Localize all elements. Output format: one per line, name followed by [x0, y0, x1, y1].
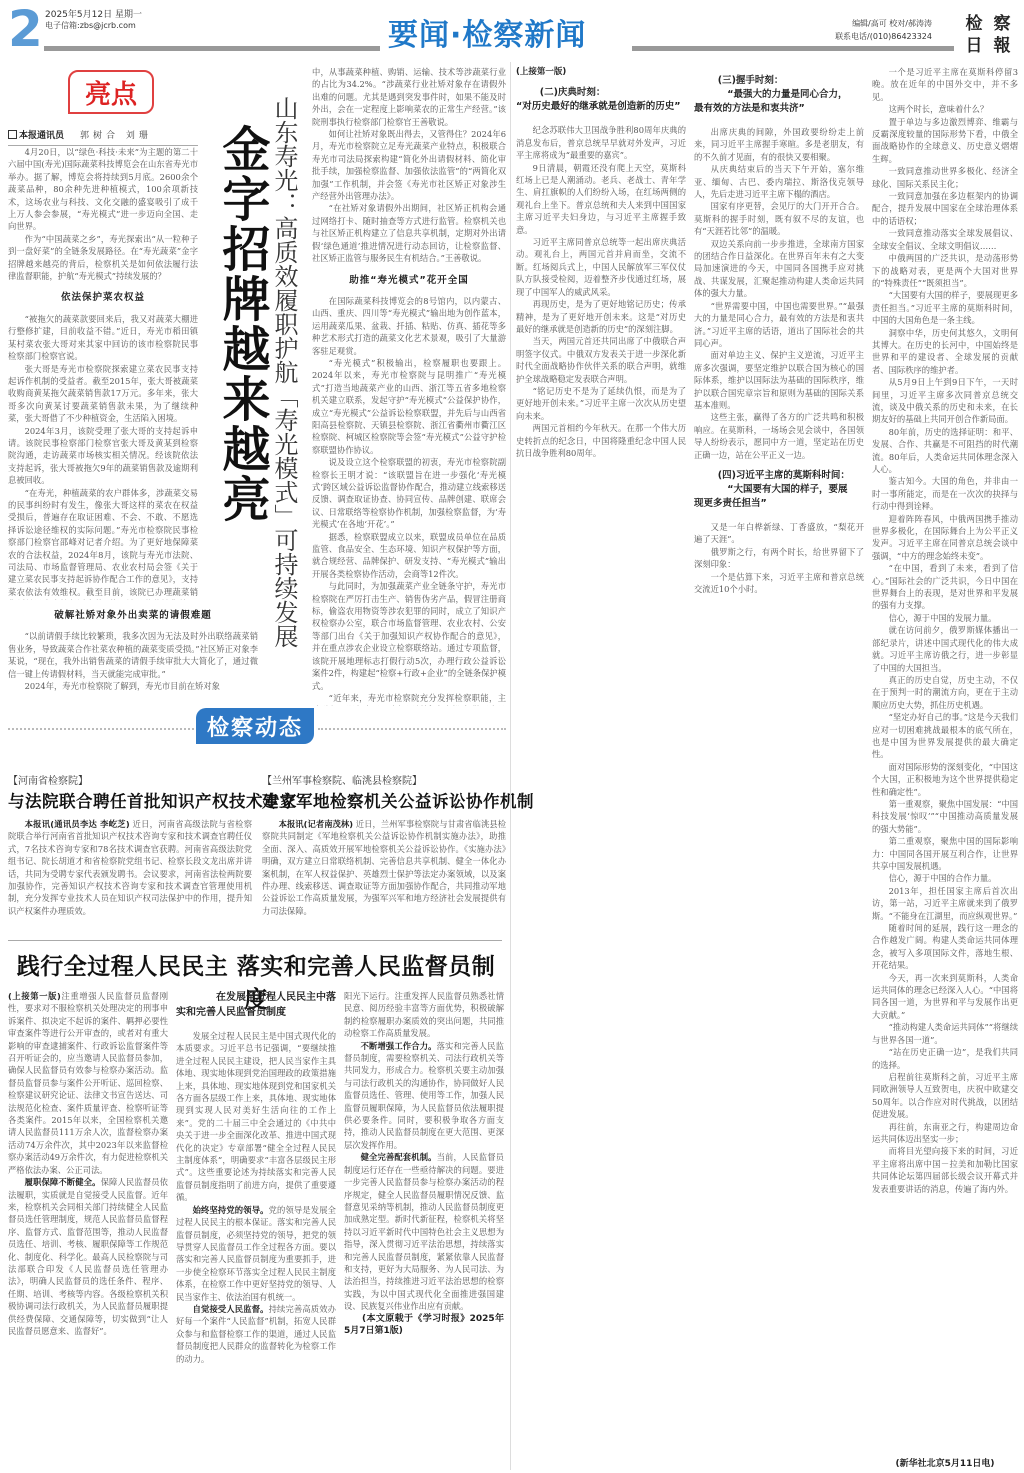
contact-email[interactable]: 电子信箱:zbs@jcrb.com — [45, 20, 136, 31]
paragraph: 80年前，历史的选择证明：和平、发展、合作、共赢是不可阻挡的时代潮流。80年后，… — [872, 426, 1018, 476]
logo-char: 检 — [960, 14, 988, 36]
paragraph: 2013年，担任国家主席后首次出访，第一站，习近平主席就来到了俄罗斯。“不能身在… — [872, 885, 1018, 922]
paragraph: 当天，两国元首还共同出席了中俄联合声明签字仪式。中俄双方发表关于进一步深化新时代… — [516, 335, 686, 385]
paragraph: “世界需要中国，中国也需要世界。”“最强大的力量是同心合力，最有效的方法是和衷共… — [694, 300, 864, 350]
paragraph: 一致同意推动落实全球发展倡议、全球安全倡议、全球文明倡议…… — [872, 227, 1018, 252]
logo-char: 察 — [988, 14, 1016, 36]
logo-char: 報 — [988, 36, 1016, 58]
paragraph: 信心，源于中国的合作力量。 — [872, 872, 1018, 884]
paragraph: 一致同意推动世界多极化、经济全球化、国际关系民主化； — [872, 165, 1018, 190]
bold-lead: 履职保障不断健全。 — [25, 1177, 101, 1187]
feature-column-1-cont: 破解社矫对象外出卖菜的请假难题 “以前请假手续比较繁琐，我多次因为无法及时外出联… — [8, 600, 258, 704]
paragraph: “在中国，看到了未来，看到了信心。”国际社会的广泛共识，今日中国在世界舞台上的表… — [872, 562, 1018, 612]
xinhua-column-3: 一个是习近平主席在莫斯科停留3晚。放在近年的中国外交中，并不多见。 这两个时长，… — [872, 66, 1018, 1470]
paragraph: 阳光下运行。注重发挥人民监督员熟悉社情民意、阅历经验丰富等方面优势，积极破解制约… — [344, 990, 504, 1040]
paragraph: 面对国际形势的深刻变化，“中国这个大国，正积极地为这个世界提供稳定性和确定性”。 — [872, 761, 1018, 798]
paragraph: 而将目光望向接下来的时间，习近平主席将出席中国－拉美和加勒比国家共同体论坛第四届… — [872, 1145, 1018, 1195]
paragraph: 这两个时长，意味着什么？ — [872, 103, 1018, 115]
paragraph: 第二重观察，聚焦中国的国际影响力：中国同各国开展互利合作，让世界共享中国发展机遇… — [872, 835, 1018, 872]
section-banner-procuratorate-news: 检察动态 — [0, 706, 1024, 746]
part-3-heading: (三)握手时刻： “最强大的力量是同心合力， 最有效的方法是和衷共济” — [694, 74, 864, 116]
paragraph: 俄罗斯之行，有两个时长，给世界留下了深刻印象： — [694, 546, 864, 571]
paragraph: 据悉，检察联盟成立以来，联盟成员单位在品质监管、食品安全、生态环境、知识产权保护… — [312, 531, 506, 581]
dotted-rule — [318, 728, 506, 730]
paragraph: 保障人民监督员依法履职，实质就是自觉接受人民监督。近年来，检察机关会同相关部门持… — [8, 1177, 168, 1336]
editor-credit: 编辑/高可 校对/郝涛涛 — [852, 18, 932, 29]
xinhua-column-2: (三)握手时刻： “最强大的力量是同心合力， 最有效的方法是和衷共济” 出席庆典… — [694, 66, 864, 1470]
paragraph: 两国元首相约今年秋天。在那一个伟大历史转折点的纪念日，中国将隆重纪念中国人民抗日… — [516, 422, 686, 459]
paragraph: 中，从事蔬菜种植、购销、运输、技术等涉蔬菜行业的占比为34.2%。“涉蔬菜行业社… — [312, 66, 506, 128]
paragraph: 与此同时，为加强蔬菜产业全链条守护，寿光市检察院在严厉打击生产、销售伪劣产品，假… — [312, 580, 506, 692]
news-headline-henan[interactable]: 与法院联合聘任首批知识产权技术专家 — [8, 788, 297, 812]
paragraph: 一致同意加强在多边框架内的协调配合，提升发展中国家在全球治理体系中的话语权； — [872, 190, 1018, 227]
bottom-column-1: (上接第一版)注重增强人民监督员监督刚性，要求对不服检察机关处理决定的刑事申诉案… — [8, 990, 168, 1470]
paragraph: 发展全过程人民民主是中国式现代化的本质要求。习近平总书记强调，“要继续推进全过程… — [176, 1030, 336, 1204]
highlight-badge: 亮点 — [68, 70, 154, 114]
paragraph: 从5月9日上午到9日下午，一天时间里，习近平主席多次同普京总统交流，谈及中俄关系… — [872, 376, 1018, 426]
paragraph: 真正的历史自觉，历史主动，不仅在于预判一时的潮流方向，更在于主动顺应历史大势，抓… — [872, 674, 1018, 711]
paragraph: 洞察中华，历史何其悠久，文明何其博大。在历史的长河中，中国始终是世界和平的建设者… — [872, 327, 1018, 377]
news-org-henan: 【河南省检察院】 — [8, 772, 88, 787]
continued-from-label: (上接第一版) — [8, 991, 61, 1001]
column-separator — [510, 62, 511, 1470]
paragraph: 出席庆典的间隙，外国政要纷纷走上前来，同习近平主席握手寒暄。多是老朋友，有的不久… — [694, 126, 864, 163]
part-2-heading: (二)庆典时刻： “对历史最好的继承就是创造新的历史” — [516, 86, 686, 114]
logo-char: 日 — [960, 36, 988, 58]
paragraph: “在社矫对象请假外出期间，社区矫正机构会通过网络打卡、随时抽查等方式进行监管。检… — [312, 202, 506, 264]
bold-lead: 不断增强工作合力。 — [361, 1041, 437, 1051]
paragraph: 再往前，东南亚之行，构建周边命运共同体迈出坚实一步； — [872, 1121, 1018, 1146]
paragraph: 落实和完善人民监督员制度，需要检察机关、司法行政机关等共同发力，形成合力。检察机… — [344, 1041, 504, 1150]
feature-byline: 本报通讯员郭树合 刘珊 — [8, 128, 198, 146]
bottom-subheading: 在发展全过程人民民主中落 实和完善人民监督员制度 — [176, 990, 336, 1020]
paragraph: “近年来，寿光市检察院充分发挥检察职能，主动融入、服务大局，为拓展创新‘寿光模式… — [312, 692, 506, 706]
news-lead: 本报讯(记者南茂林) — [279, 819, 353, 829]
subheading-leave-permit: 破解社矫对象外出卖菜的请假难题 — [8, 610, 258, 622]
paragraph: 这些主张，赢得了各方的广泛共鸣和积极响应。在莫斯科，一场场会见会谈中，各国领导人… — [694, 411, 864, 461]
paragraph: “铭记历史不是为了延续仇恨，而是为了更好地开创未来。”习近平主席一次次从历史望向… — [516, 385, 686, 422]
paragraph: 再现历史，是为了更好地铭记历史；传承精神，是为了更好地开创未来。这是“对历史最好… — [516, 298, 686, 335]
bottom-column-2: 在发展全过程人民民主中落 实和完善人民监督员制度 发展全过程人民民主是中国式现代… — [176, 990, 336, 1470]
paragraph: 2024年，寿光市检察院了解到，寿光市目前在矫对象 — [8, 680, 258, 692]
paragraph: “寿光模式”积极输出，检察履职也要跟上。2024年以来，寿光市检察院与昆明推广“… — [312, 357, 506, 456]
contact-phone: 联系电话/(010)86423324 — [835, 31, 932, 42]
xinhua-column-1: (上接第一版) (二)庆典时刻： “对历史最好的继承就是创造新的历史” 纪念苏联… — [516, 66, 686, 1470]
header-rule-left — [44, 46, 380, 51]
section-title: 要闻·检察新闻 — [388, 10, 586, 54]
paragraph: 在国际蔬菜科技博览会的8号馆内，以内蒙古、山西、重庆、四川等“寿光模式”输出地为… — [312, 295, 506, 357]
paragraph: 从庆典结束后的当天下午开始，塞尔维亚、缅甸、古巴、委内瑞拉、斯洛伐克领导人，先后… — [694, 163, 864, 200]
bottom-column-3: 阳光下运行。注重发挥人民监督员熟悉社情民意、阅历经验丰富等方面优势，积极破解制约… — [344, 990, 504, 1470]
paragraph: 双边关系向前一步步推进，全球南方国家的团结合作日益深化。在世界百年未有之大变局加… — [694, 238, 864, 300]
bold-lead: 始终坚持党的领导。 — [193, 1205, 269, 1215]
section-divider — [8, 940, 502, 941]
page-number: 2 — [8, 4, 43, 54]
newspaper-logo: 检 察 日 報 — [960, 14, 1016, 58]
news-headline-lanzhou[interactable]: 建立军地检察机关公益诉讼协作机制 — [262, 788, 534, 812]
paragraph: 迎着阵阵春风，中俄两国携手推动世界多极化，在国际舞台上为公平正义发声。习近平主席… — [872, 513, 1018, 563]
news-lead: 本报讯(通讯员李达 李屹芝) — [25, 819, 130, 829]
paragraph: 4月20日，以“绿色·科技·未来”为主题的第二十六届中国(寿光)国际蔬菜科技博览… — [8, 146, 198, 233]
paragraph: 中俄两国的广泛共识，是动荡形势下的战略对表，更是两个大国对世界的“特殊责任”“既… — [872, 252, 1018, 289]
news-body-text: 近日，河南省高级法院与省检察院联合举行河南省首批知识产权技术咨询专家和技术调查官… — [8, 819, 252, 916]
feature-column-2: 中，从事蔬菜种植、购销、运输、技术等涉蔬菜行业的占比为34.2%。“涉蔬菜行业社… — [312, 66, 506, 706]
paragraph: 作为“中国蔬菜之乡”，寿光探索出“从一粒种子到一盘好菜”的全链条发展路径。在“寿… — [8, 233, 198, 283]
dotted-rule — [8, 728, 194, 730]
subheading-promote-model: 助推“寿光模式”花开全国 — [312, 275, 506, 287]
issue-date: 2025年5月12日 星期一 — [45, 7, 142, 20]
paragraph: “大国要有大国的样子，要展现更多责任担当。”习近平主席的莫斯科时间，中国的大国角… — [872, 289, 1018, 326]
paragraph: 一个是估算下来，习近平主席和普京总统交流近10个小时。 — [694, 571, 864, 596]
feature-subheadline: 山东寿光：高质效履职护航「寿光模式」可持续发展 — [266, 96, 302, 648]
paragraph: 当前，人民监督员制度运行还存在一些亟待解决的问题。要进一步完善人民监督员参与检察… — [344, 1152, 504, 1311]
byline-box-icon — [8, 130, 17, 139]
xinhua-dateline: (新华社北京5月11日电) — [872, 1456, 1018, 1469]
paragraph: 注重增强人民监督员监督刚性，要求对不服检察机关处理决定的刑事申诉案件、拟决定不起… — [8, 991, 168, 1175]
bold-lead: 自觉接受人民监督。 — [193, 1304, 269, 1314]
paragraph: 一个是习近平主席在莫斯科停留3晚。放在近年的中国外交中，并不多见。 — [872, 66, 1018, 103]
paragraph: 如何让社矫对象既出得去，又管得住？2024年6月，寿光市检察院立足寿光蔬菜产业特… — [312, 128, 506, 202]
paragraph: 说及设立这个检察联盟的初衷，寿光市检察院副检察长王明才说：“该联盟旨在进一步强化… — [312, 456, 506, 530]
paragraph: 党的领导是发展全过程人民民主的根本保证。落实和完善人民监督员制度，必须坚持党的领… — [176, 1205, 336, 1302]
paragraph: 信心，源于中国的发展力量。 — [872, 612, 1018, 624]
byline-label: 本报通讯员 — [19, 131, 64, 141]
section-banner-label: 检察动态 — [196, 708, 314, 744]
page-masthead: 2 2025年5月12日 星期一 电子信箱:zbs@jcrb.com 要闻·检察… — [0, 0, 1024, 58]
paragraph: 面对单边主义、保护主义逆流，习近平主席多次强调，要坚定维护以联合国为核心的国际体… — [694, 349, 864, 411]
paragraph: 习近平主席同普京总统等一起出席庆典活动。观礼台上，两国元首并肩而坐，交流不断。红… — [516, 236, 686, 298]
paragraph: “坚定办好自己的事。”这是今天我们应对一切困难挑战最根本的底气所在，也是中国为世… — [872, 711, 1018, 761]
paragraph: “被拖欠的蔬菜款要回来后，我又对蔬菜大棚进行整修扩建，目前收益不错。”近日，寿光… — [8, 313, 198, 363]
bold-lead: 健全完善配套机制。 — [361, 1152, 437, 1162]
paragraph: 第一重观察，聚焦中国发展：“中国科技发展‘惊叹’”“中国推动高质量发展的强大势能… — [872, 798, 1018, 835]
paragraph: 随着时间的延展，践行这一理念的合作越发广阔。构建人类命运共同体理念，被写入多项国… — [872, 922, 1018, 972]
paragraph: 国家有序更替，会见厅的大门开开合合。莫斯科的握手时刻，既有叙不尽的友谊，也有“天… — [694, 200, 864, 237]
paragraph: “以前请假手续比较繁琐，我多次因为无法及时外出联络蔬菜销售业务，导致蔬菜合作社菜… — [8, 630, 258, 680]
news-body-henan: 本报讯(通讯员李达 李屹芝) 近日，河南省高级法院与省检察院联合举行河南省首批知… — [8, 818, 252, 936]
paragraph: 2024年3月，该院受理了张大哥的支持起诉申请。该院民事检察部门检察官张大哥及黄… — [8, 425, 198, 487]
source-note: (本文原载于《学习时报》2025年5月7日第1版) — [344, 1313, 504, 1338]
header-rule-right — [632, 46, 954, 51]
subheading-protect-farmers: 依法保护菜农权益 — [8, 292, 198, 304]
news-body-text: 近日，兰州军事检察院与甘肃省临洮县检察院共同制定《军地检察机关公益诉讼协作机制实… — [262, 819, 506, 916]
continued-from-label: (上接第一版) — [516, 66, 686, 78]
news-body-lanzhou: 本报讯(记者南茂林) 近日，兰州军事检察院与甘肃省临洮县检察院共同制定《军地检察… — [262, 818, 506, 936]
paragraph: 张大哥是寿光市检察院探索建立菜农民事支持起诉作机制的受益者。截至2015年，张大… — [8, 363, 198, 425]
paragraph: 今天，再一次来到莫斯科，人类命运共同体的理念已经深入人心。“中国将同各国一道，为… — [872, 972, 1018, 1022]
paragraph: 又是一年白桦新绿、丁香盛放，“梨花开遍了天涯”。 — [694, 521, 864, 546]
paragraph: 9日清晨，朝霞还没有爬上天空，莫斯科红场上已是人潮涌动。老兵、老战士、青年学生、… — [516, 162, 686, 236]
paragraph: “站在历史正确一边”，是我们共同的选择。 — [872, 1046, 1018, 1071]
paragraph: “推动构建人类命运共同体”“将继续与世界各国一道”。 — [872, 1021, 1018, 1046]
paragraph: 就在访问前夕，俄罗斯媒体播出一部纪录片，讲述中国式现代化的伟大成就。习近平主席访… — [872, 624, 1018, 674]
paragraph: 启程前往莫斯科之前，习近平主席同欧洲领导人互致贺电，庆祝中欧建交50周年。以合作… — [872, 1071, 1018, 1121]
feature-headline: 金字招牌越来越亮 — [214, 124, 270, 524]
paragraph: 纪念苏联伟大卫国战争胜利80周年庆典的消息发布后，普京总统早早就对外发声，习近平… — [516, 124, 686, 161]
byline-names: 郭树合 刘珊 — [80, 131, 152, 141]
paragraph: 置于单边与多边激烈博弈、维霸与反霸深度较量的国际形势下看，中俄全面战略协作的全球… — [872, 116, 1018, 166]
news-org-lanzhou: 【兰州军事检察院、临洮县检察院】 — [262, 772, 422, 787]
paragraph: 鉴古知今。大国的角色，并非由一时一事所能定，而是在一次次的抉择与行动中得到诠释。 — [872, 475, 1018, 512]
part-4-heading: (四)习近平主席的莫斯科时间： “大国要有大国的样子，要展 现更多责任担当” — [694, 469, 864, 511]
